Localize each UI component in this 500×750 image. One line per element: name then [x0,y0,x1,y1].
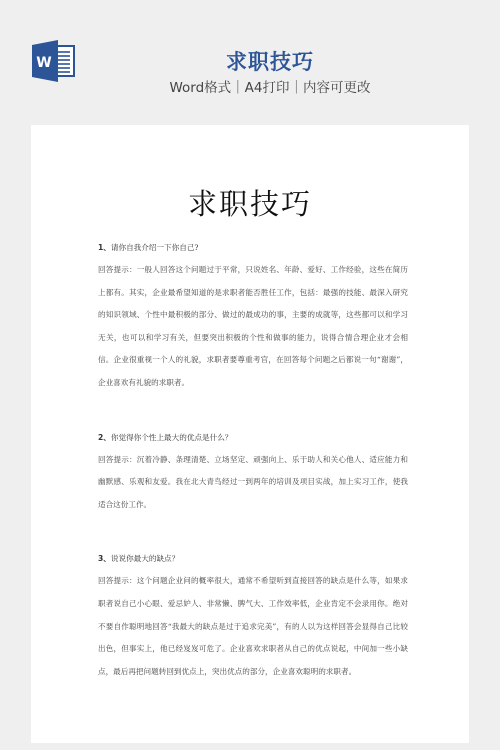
question-text: 请你自我介绍一下你自己? [111,243,199,252]
section-number: 2、 [98,433,111,442]
section-question: 1、请你自我介绍一下你自己? [98,237,408,259]
header-subtitle: Word格式｜A4打印｜内容可更改 [0,76,500,96]
section-number: 3、 [98,554,111,563]
question-text: 你觉得你个性上最大的优点是什么？ [111,433,233,442]
section-answer: 回答提示：沉着冷静、条理清楚、立场坚定、顽强向上、乐于助人和关心他人、适应能力和… [98,449,408,517]
document-page: 求职技巧 1、请你自我介绍一下你自己? 回答提示：一般人回答这个问题过于平常，只… [31,125,469,743]
document-body: 1、请你自我介绍一下你自己? 回答提示：一般人回答这个问题过于平常，只说姓名、年… [98,237,408,683]
question-text: 说说你最大的缺点？ [111,554,179,563]
section-number: 1、 [98,243,111,252]
section-question: 3、说说你最大的缺点？ [98,548,408,570]
header-title: 求职技巧 [0,46,500,76]
section-question: 2、你觉得你个性上最大的优点是什么？ [98,427,408,449]
preview-header: W 求职技巧 Word格式｜A4打印｜内容可更改 [0,0,500,125]
document-title: 求职技巧 [31,182,469,223]
section-answer: 回答提示：一般人回答这个问题过于平常，只说姓名、年龄、爱好、工作经验，这些在简历… [98,259,408,395]
section-answer: 回答提示：这个问题企业问的概率很大，通常不希望听到直接回答的缺点是什么等，如果求… [98,570,408,683]
